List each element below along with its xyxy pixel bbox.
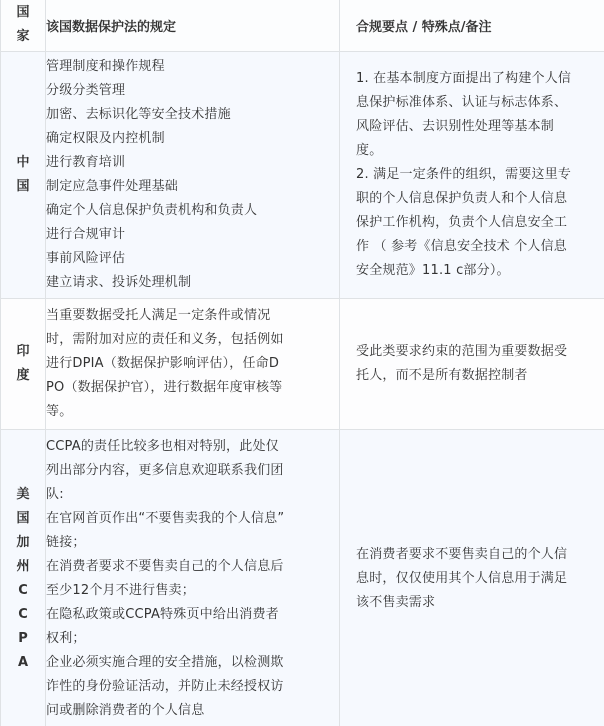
country-char: A <box>1 651 45 675</box>
regulation-line: 在官网首页作出“不要售卖我的个人信息” <box>46 507 339 531</box>
table-row-india: 印 度 当重要数据受托人满足一定条件或情况 时，需附加对应的责任和义务，包括例如… <box>1 299 604 430</box>
notes-line: 该不售卖需求 <box>356 591 592 615</box>
regulation-cell: CCPA的责任比较多也相对特别，此处仅 列出部分内容，更多信息欢迎联系我们团 队… <box>46 430 340 726</box>
notes-line: 受此类要求约束的范围为重要数据受 <box>356 340 592 364</box>
regulation-line: PO（数据保护官），进行数据年度审核等 <box>46 376 339 400</box>
notes-cell: 受此类要求约束的范围为重要数据受 托人，而不是所有数据控制者 <box>340 299 604 430</box>
notes-line: 在消费者要求不要售卖自己的个人信 <box>356 543 592 567</box>
regulation-line: 时，需附加对应的责任和义务，包括例如 <box>46 328 339 352</box>
regulation-line: 在消费者要求不要售卖自己的个人信息后 <box>46 555 339 579</box>
header-notes: 合规要点 / 特殊点/备注 <box>340 0 604 52</box>
notes-line: 保护工作机构，负责个人信息安全工 <box>356 211 592 235</box>
regulation-line: 企业必须实施合理的安全措施，以检测欺 <box>46 651 339 675</box>
country-char: 度 <box>1 364 45 388</box>
country-char: 美 <box>1 483 45 507</box>
regulation-line: 当重要数据受托人满足一定条件或情况 <box>46 304 339 328</box>
country-char: 印 <box>1 340 45 364</box>
country-char: 州 <box>1 555 45 579</box>
table-header-row: 国 家 该国数据保护法的规定 合规要点 / 特殊点/备注 <box>1 0 604 52</box>
regulation-item: 加密、去标识化等安全技术措施 <box>46 103 339 127</box>
regulation-item: 进行合规审计 <box>46 223 339 247</box>
notes-line: 风险评估、去识别性处理等基本制 <box>356 115 592 139</box>
regulation-item: 建立请求、投诉处理机制 <box>46 271 339 295</box>
regulation-line: 列出部分内容，更多信息欢迎联系我们团 <box>46 459 339 483</box>
regulation-item: 事前风险评估 <box>46 247 339 271</box>
country-cell: 中 国 <box>1 52 46 299</box>
regulation-line: 诈性的身份验证活动，并防止未经授权访 <box>46 675 339 699</box>
table-row-china: 中 国 管理制度和操作规程 分级分类管理 加密、去标识化等安全技术措施 确定权限… <box>1 52 604 299</box>
notes-line: 2. 满足一定条件的组织，需要这里专 <box>356 163 592 187</box>
notes-line: 安全规范》11.1 c部分）。 <box>356 259 592 283</box>
regulation-line: 进行DPIA（数据保护影响评估），任命D <box>46 352 339 376</box>
notes-line: 度。 <box>356 139 592 163</box>
regulation-line: 至少12个月不进行售卖； <box>46 579 339 603</box>
country-char: 中 <box>1 151 45 175</box>
country-char: C <box>1 603 45 627</box>
notes-line: 托人，而不是所有数据控制者 <box>356 364 592 388</box>
notes-line: 作 （ 参考《信息安全技术 个人信息 <box>356 235 592 259</box>
notes-cell: 1. 在基本制度方面提出了构建个人信 息保护标准体系、认证与标志体系、 风险评估… <box>340 52 604 299</box>
header-country-char: 国 <box>1 1 45 25</box>
country-char: C <box>1 579 45 603</box>
header-country: 国 家 <box>1 0 46 52</box>
regulation-cell: 管理制度和操作规程 分级分类管理 加密、去标识化等安全技术措施 确定权限及内控机… <box>46 52 340 299</box>
regulation-cell: 当重要数据受托人满足一定条件或情况 时，需附加对应的责任和义务，包括例如 进行D… <box>46 299 340 430</box>
regulation-item: 确定权限及内控机制 <box>46 127 339 151</box>
regulation-line: 链接； <box>46 531 339 555</box>
regulation-line: 在隐私政策或CCPA特殊页中给出消费者 <box>46 603 339 627</box>
regulation-line: 权利； <box>46 627 339 651</box>
regulation-line: CCPA的责任比较多也相对特别，此处仅 <box>46 435 339 459</box>
header-country-char: 家 <box>1 25 45 49</box>
country-cell: 美 国 加 州 C C P A <box>1 430 46 726</box>
regulation-line: 问或删除消费者的个人信息 <box>46 699 339 723</box>
country-char: 国 <box>1 507 45 531</box>
data-protection-comparison-table: 国 家 该国数据保护法的规定 合规要点 / 特殊点/备注 中 国 管理制度和操作… <box>0 0 604 726</box>
regulation-line: 等。 <box>46 400 339 424</box>
notes-line: 息保护标准体系、认证与标志体系、 <box>356 91 592 115</box>
regulation-item: 分级分类管理 <box>46 79 339 103</box>
country-char: 加 <box>1 531 45 555</box>
table-row-us-california-ccpa: 美 国 加 州 C C P A CCPA的责任比较多也相对特别，此处仅 列出部分… <box>1 430 604 726</box>
regulation-line: 队: <box>46 483 339 507</box>
notes-cell: 在消费者要求不要售卖自己的个人信 息时，仅仅使用其个人信息用于满足 该不售卖需求 <box>340 430 604 726</box>
country-cell: 印 度 <box>1 299 46 430</box>
notes-line: 息时，仅仅使用其个人信息用于满足 <box>356 567 592 591</box>
regulation-item: 制定应急事件处理基础 <box>46 175 339 199</box>
notes-line: 1. 在基本制度方面提出了构建个人信 <box>356 67 592 91</box>
regulation-item: 管理制度和操作规程 <box>46 55 339 79</box>
country-char: P <box>1 627 45 651</box>
notes-line: 职的个人信息保护负责人和个人信息 <box>356 187 592 211</box>
regulation-item: 确定个人信息保护负责机构和负责人 <box>46 199 339 223</box>
regulation-item: 进行教育培训 <box>46 151 339 175</box>
header-regulation: 该国数据保护法的规定 <box>46 0 340 52</box>
country-char: 国 <box>1 175 45 199</box>
